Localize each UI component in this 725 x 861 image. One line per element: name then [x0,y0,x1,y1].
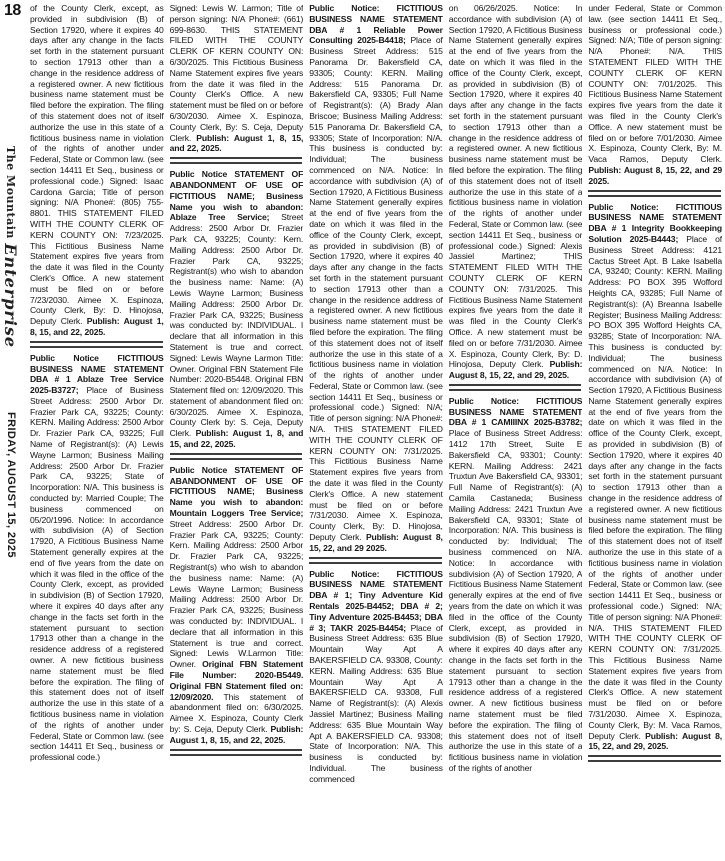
public-notice: under Federal, State or Common law. (see… [588,3,722,187]
notice-body-text: Place of Business Street Address: 1412 1… [449,428,583,773]
notice-body-text: Street Address: 2500 Arbor Dr. Frazier P… [170,212,304,438]
public-notice: Public Notice: FICTITIOUS BUSINESS NAME … [449,396,583,774]
masthead-brand: Enterprise [1,243,20,348]
notice-divider [309,557,442,564]
columns: of the County Clerk, except, as provided… [30,3,722,861]
masthead: The Mountain Enterprise [1,146,20,348]
public-notice: Signed: Lewis W. Larmon; Title of person… [170,3,304,154]
column-3: Public Notice: FICTITIOUS BUSINESS NAME … [309,3,443,861]
notice-divider [170,453,303,460]
page-number: 18 [4,2,21,20]
masthead-name-top: The Mountain [4,146,17,239]
notice-bold-text: Publish: August 8, 15, 22, and 29 2025. [588,165,722,186]
notice-divider [170,157,303,164]
notice-body-text: Place of Business Street Address: 515 Pa… [309,35,443,542]
public-notice: Public Notice STATEMENT OF ABANDONMENT O… [170,169,304,450]
notice-body-text: on 06/26/2025. Notice: In accordance wit… [449,3,583,369]
notice-body-text: Street Address: 2500 Arbor Dr. Frazier P… [170,519,304,669]
notice-body-text: of the County Clerk, except, as provided… [30,3,164,326]
public-notice: Public Notice: FICTITIOUS BUSINESS NAME … [309,569,443,785]
column-4: on 06/26/2025. Notice: In accordance wit… [449,3,583,861]
public-notice: Public Notice: FICTITIOUS BUSINESS NAME … [588,202,722,753]
notice-divider [170,749,303,756]
public-notice: Public Notice STATEMENT OF ABANDONMENT O… [170,465,304,746]
column-5: under Federal, State or Common law. (see… [588,3,722,861]
notice-divider [588,755,721,762]
masthead-dateline: FRIDAY, AUGUST 15, 2025 [5,412,17,558]
newspaper-legal-notices-page: 18 The Mountain Enterprise FRIDAY, AUGUS… [0,0,725,861]
notice-divider [449,384,582,391]
notice-divider [588,190,721,197]
notice-body-text: Place of Business Street Address: 635 Bl… [309,623,443,784]
public-notice: Public Notice FICTITIOUS BUSINESS NAME S… [30,353,164,763]
notice-divider [30,341,163,348]
notice-body-text: Place of Business Street Address: 4121 C… [588,234,722,741]
notice-bold-text: Public Notice: FICTITIOUS BUSINESS NAME … [449,396,583,428]
public-notice: of the County Clerk, except, as provided… [30,3,164,338]
notice-body-text: under Federal, State or Common law. (see… [588,3,722,164]
left-rail: 18 The Mountain Enterprise FRIDAY, AUGUS… [0,0,29,861]
column-1: of the County Clerk, except, as provided… [30,3,164,861]
notice-body-text: Signed: Lewis W. Larmon; Title of person… [170,3,304,143]
notice-body-text: Place of Business Street Address: 2500 A… [30,385,164,762]
public-notice: on 06/26/2025. Notice: In accordance wit… [449,3,583,381]
notice-bold-text: Public Notice STATEMENT OF ABANDONMENT O… [170,465,304,518]
column-2: Signed: Lewis W. Larmon; Title of person… [170,3,304,861]
public-notice: Public Notice: FICTITIOUS BUSINESS NAME … [309,3,443,554]
